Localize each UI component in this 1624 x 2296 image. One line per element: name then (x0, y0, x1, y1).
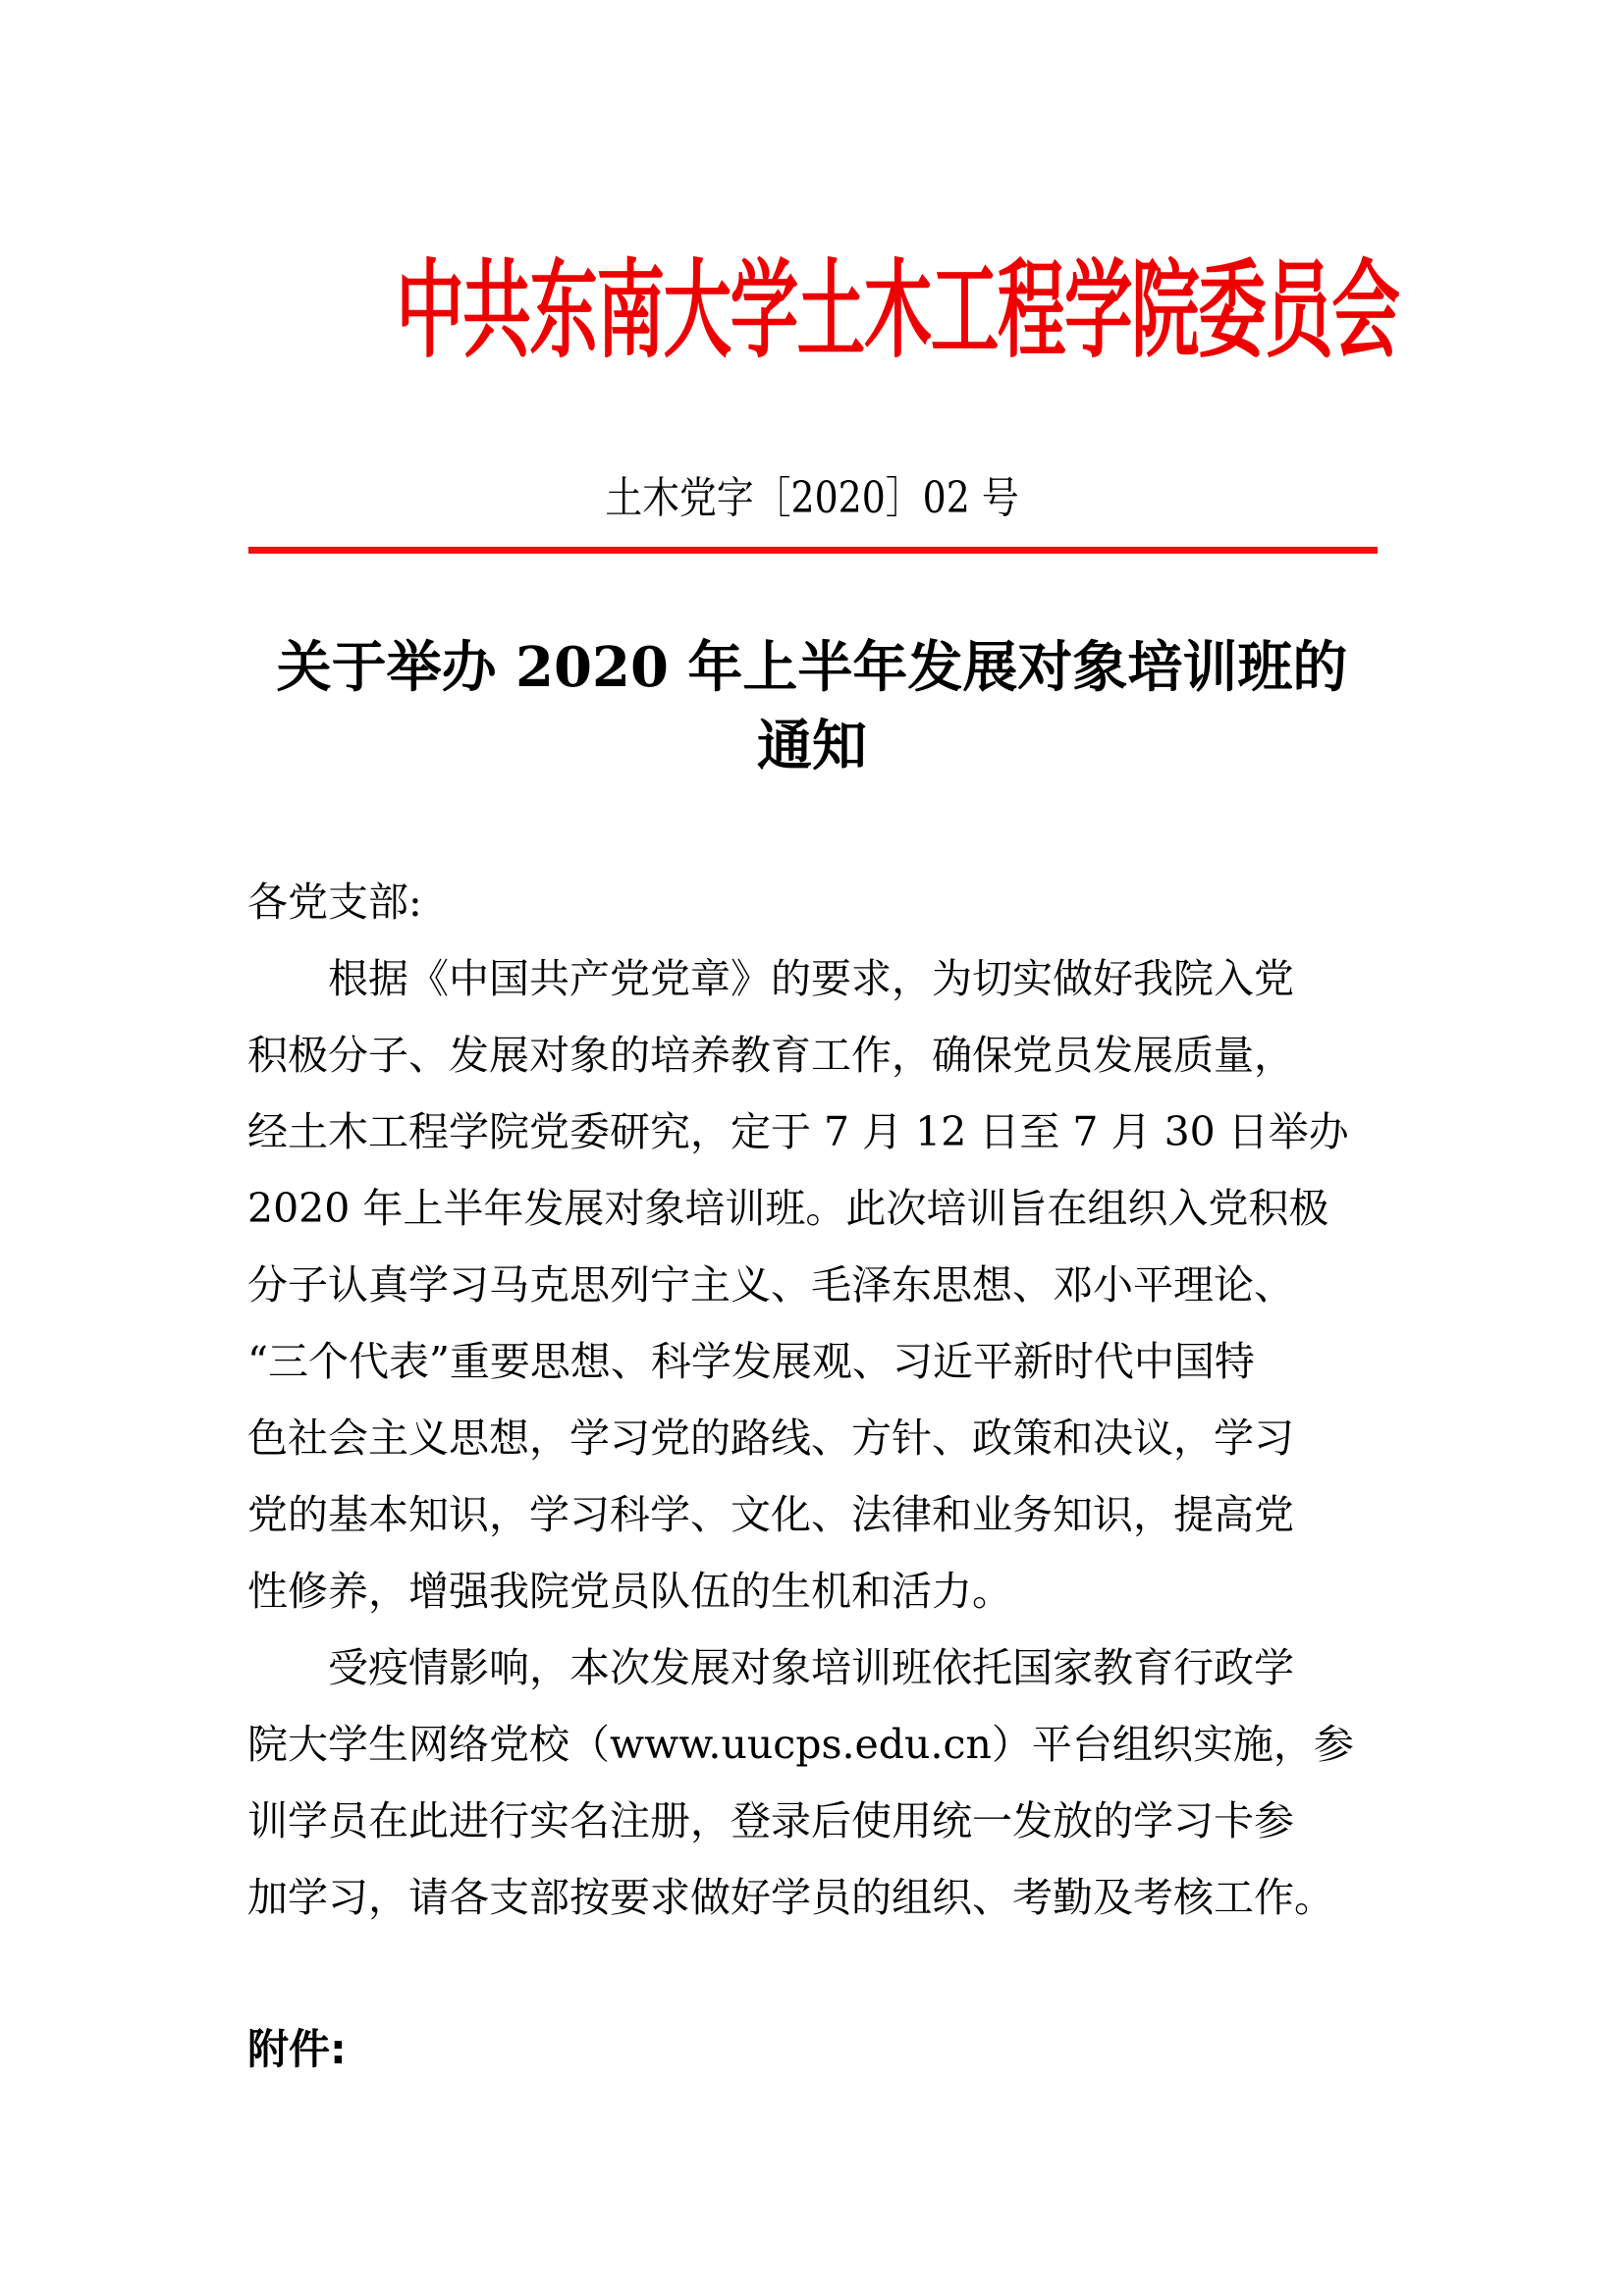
paragraph-2: 受疫情影响，本次发展对象培训班依托国家教育行政学 院大学生网络党校（www.uu… (247, 1629, 1386, 1936)
paragraph-line: 性修养，增强我院党员队伍的生机和活力。 (247, 1553, 1386, 1629)
paragraph-line: 色社会主义思想，学习党的路线、方针、政策和决议，学习 (247, 1400, 1386, 1476)
issuing-organization-header: 中共东南大学土木工程学院委员会 (396, 228, 1224, 398)
paragraph-line: 根据《中国共产党党章》的要求，为切实做好我院入党 (247, 940, 1386, 1017)
title-line-2: 通知 (236, 707, 1388, 785)
attachment-label: 附件: (247, 2020, 347, 2079)
paragraph-line: 2020 年上半年发展对象培训班。此次培训旨在组织入党积极 (247, 1170, 1386, 1247)
document-title: 关于举办 2020 年上半年发展对象培训班的 通知 (236, 628, 1388, 785)
paragraph-line: 经土木工程学院党委研究，定于 7 月 12 日至 7 月 30 日举办 (247, 1094, 1386, 1170)
title-line-1: 关于举办 2020 年上半年发展对象培训班的 (236, 628, 1388, 707)
paragraph-line-with-url: 院大学生网络党校（www.uucps.edu.cn）平台组织实施，参 (247, 1706, 1386, 1783)
paragraph-line: 分子认真学习马克思列宁主义、毛泽东思想、邓小平理论、 (247, 1247, 1386, 1323)
paragraph-line: 受疫情影响，本次发展对象培训班依托国家教育行政学 (247, 1629, 1386, 1706)
salutation: 各党支部: (247, 864, 1386, 940)
paragraph-line: “三个代表”重要思想、科学发展观、习近平新时代中国特 (247, 1323, 1386, 1400)
paragraph-1: 根据《中国共产党党章》的要求，为切实做好我院入党 积极分子、发展对象的培养教育工… (247, 940, 1386, 1629)
paragraph-line: 积极分子、发展对象的培养教育工作，确保党员发展质量， (247, 1017, 1386, 1094)
document-body: 各党支部: 根据《中国共产党党章》的要求，为切实做好我院入党 积极分子、发展对象… (247, 864, 1386, 1936)
paragraph-line: 加学习，请各支部按要求做好学员的组织、考勤及考核工作。 (247, 1859, 1386, 1936)
paragraph-line: 党的基本知识，学习科学、文化、法律和业务知识，提高党 (247, 1476, 1386, 1553)
document-number: 土木党字［2020］02 号 (114, 469, 1510, 528)
red-divider-rule (248, 547, 1378, 554)
paragraph-line: 训学员在此进行实名注册，登录后使用统一发放的学习卡参 (247, 1783, 1386, 1859)
